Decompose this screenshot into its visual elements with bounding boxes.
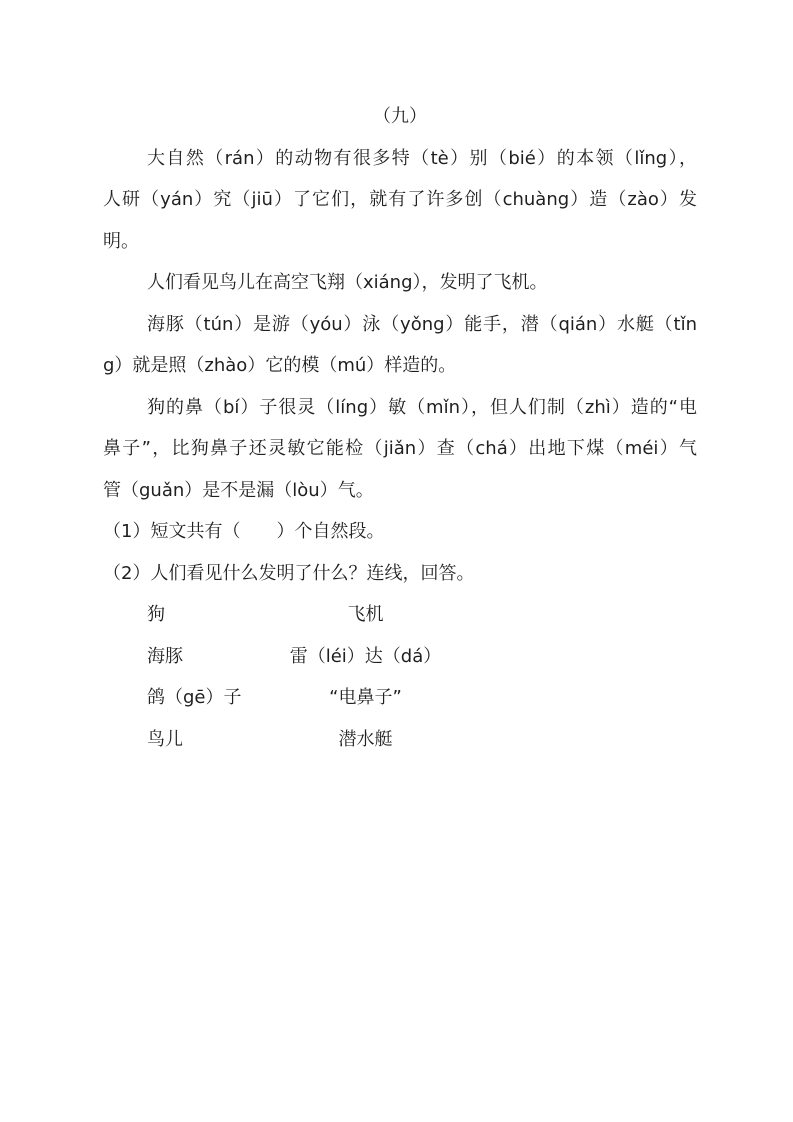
passage-line: 明。 — [103, 221, 697, 263]
question-list: （1）短文共有（ ）个自然段。 （2）人们看见什么发明了什么？连线，回答。 — [103, 511, 697, 594]
matching-row: 海豚 雷（léi）达（dá） — [103, 636, 697, 678]
matching-row: 鸟儿 潜水艇 — [103, 719, 697, 761]
matching-right-item: “电鼻子” — [273, 677, 458, 719]
matching-right-item: 飞机 — [273, 594, 458, 636]
section-title: （九） — [103, 96, 697, 138]
passage-line: 大自然（rán）的动物有很多特（tè）别（bié）的本领（lǐng）， — [103, 138, 697, 180]
passage-line: 海豚（tún）是游（yóu）泳（yǒng）能手，潜（qián）水艇（tǐn — [103, 304, 697, 346]
matching-row: 鸽（gē）子 “电鼻子” — [103, 677, 697, 719]
worksheet-page: （九） 大自然（rán）的动物有很多特（tè）别（bié）的本领（lǐng）， … — [0, 0, 793, 1122]
matching-left-item: 鸽（gē）子 — [103, 677, 273, 719]
passage-line: 鼻子”，比狗鼻子还灵敏它能检（jiǎn）查（chá）出地下煤（méi）气 — [103, 428, 697, 470]
matching-row: 狗 飞机 — [103, 594, 697, 636]
passage-line: g）就是照（zhào）它的模（mú）样造的。 — [103, 345, 697, 387]
matching-left-item: 狗 — [103, 594, 273, 636]
passage-line: 人研（yán）究（jiū）了它们，就有了许多创（chuàng）造（zào）发 — [103, 179, 697, 221]
question-2: （2）人们看见什么发明了什么？连线，回答。 — [103, 553, 697, 595]
reading-passage: 大自然（rán）的动物有很多特（tè）别（bié）的本领（lǐng）， 人研（y… — [103, 138, 697, 512]
matching-left-item: 海豚 — [103, 636, 273, 678]
matching-left-item: 鸟儿 — [103, 719, 273, 761]
passage-line: 管（guǎn）是不是漏（lòu）气。 — [103, 470, 697, 512]
question-1: （1）短文共有（ ）个自然段。 — [103, 511, 697, 553]
passage-line: 人们看见鸟儿在高空飞翔（xiáng），发明了飞机。 — [103, 262, 697, 304]
matching-exercise: 狗 飞机 海豚 雷（léi）达（dá） 鸽（gē）子 “电鼻子” 鸟儿 潜水艇 — [103, 594, 697, 760]
matching-right-item: 雷（léi）达（dá） — [273, 636, 458, 678]
matching-right-item: 潜水艇 — [273, 719, 458, 761]
passage-line: 狗的鼻（bí）子很灵（líng）敏（mǐn），但人们制（zhì）造的“电 — [103, 387, 697, 429]
